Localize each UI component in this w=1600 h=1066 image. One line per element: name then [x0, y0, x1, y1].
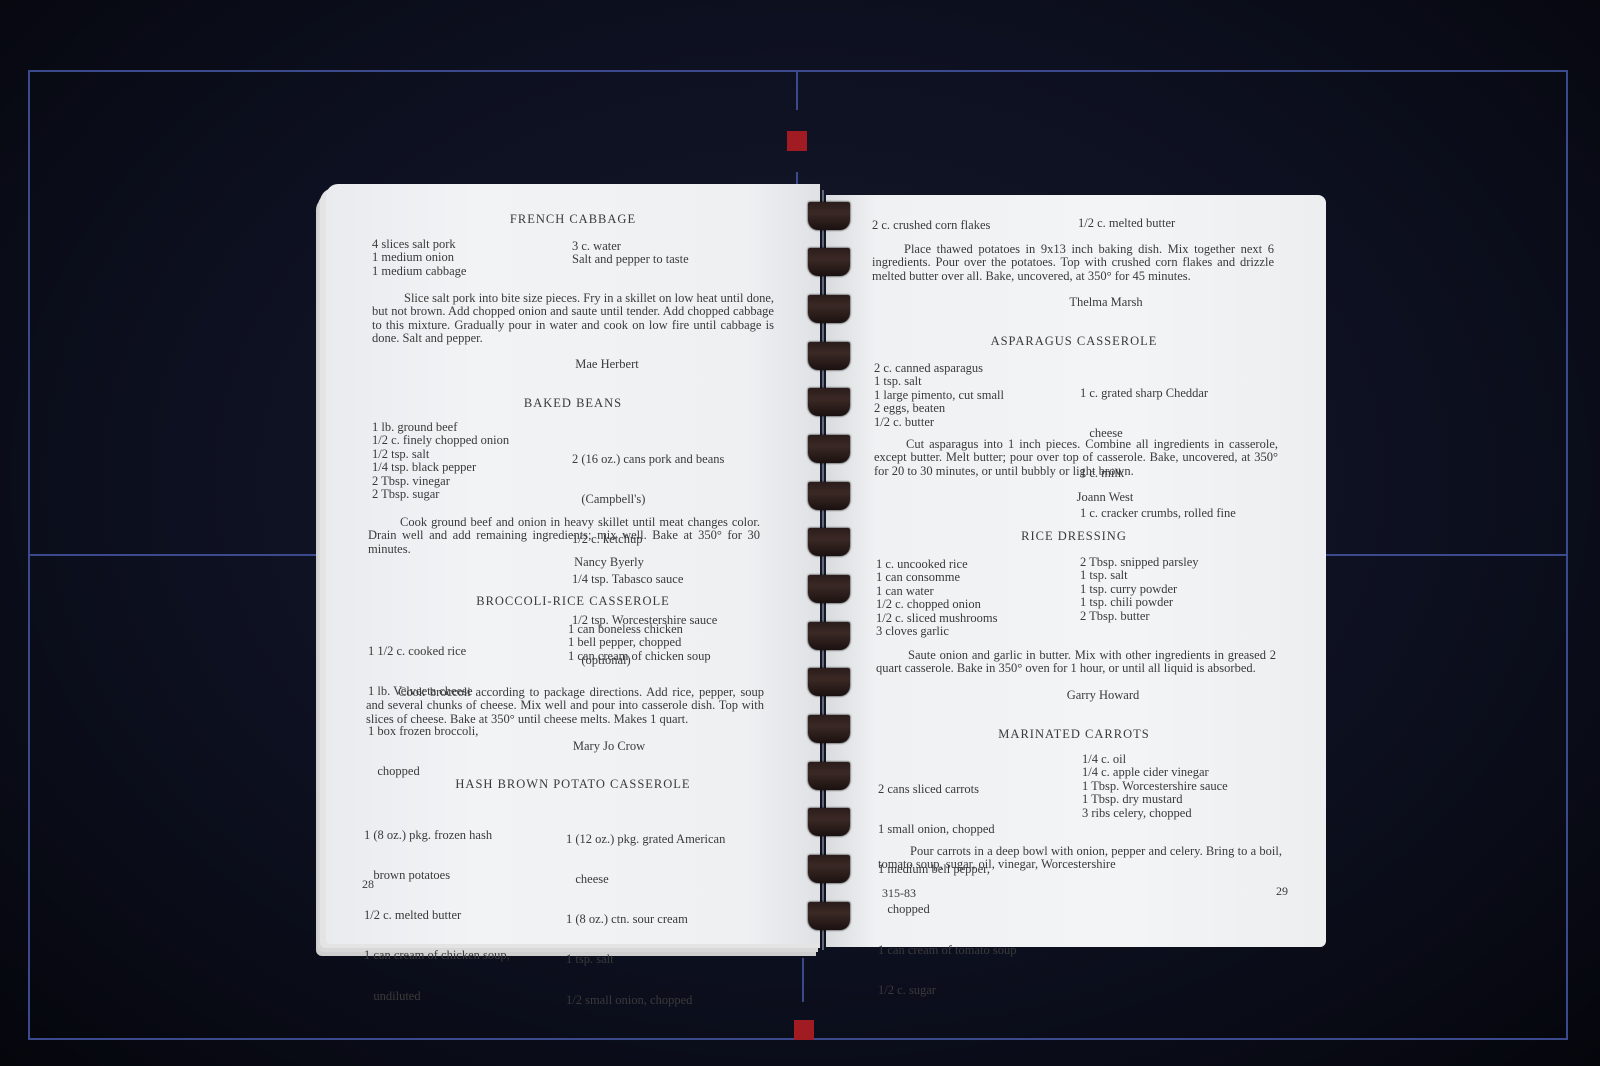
ingredient: 1 (8 oz.) pkg. frozen hash [364, 829, 510, 842]
ingredient: 1 tsp. chili powder [1080, 596, 1199, 609]
ingredient: cheese [566, 873, 725, 886]
ingredient: 1/2 c. sugar [878, 984, 1017, 997]
binding-coil [808, 482, 850, 510]
recipe-title: BAKED BEANS [326, 397, 820, 410]
ingredients-right: 1/4 c. oil 1/4 c. apple cider vinegar 1 … [1082, 753, 1228, 820]
recipe-title: HASH BROWN POTATO CASSEROLE [326, 778, 820, 791]
ingredient: 1/2 c. melted butter [364, 909, 510, 922]
ingredients-left: 2 c. crushed corn flakes [872, 219, 990, 232]
ingredient: 2 (16 oz.) cans pork and beans [572, 453, 724, 466]
recipe-title: MARINATED CARROTS [826, 728, 1322, 741]
ingredient: 1 can cream of chicken soup, [364, 949, 510, 962]
ingredient: 1 can boneless chicken [568, 623, 711, 636]
ingredient: 1 bell pepper, chopped [568, 636, 711, 649]
ingredient: 1 tsp. salt [566, 953, 725, 966]
binding-coil [808, 388, 850, 416]
binding-coil [808, 528, 850, 556]
ingredient: 1 can consomme [876, 571, 998, 584]
ingredient: 2 Tbsp. vinegar [372, 475, 509, 488]
directions: Cook ground beef and onion in heavy skil… [368, 516, 760, 556]
right-page: 2 c. crushed corn flakes 1/2 c. melted b… [826, 195, 1326, 947]
ingredient: Salt and pepper to taste [572, 253, 689, 266]
ingredient: 1/4 tsp. black pepper [372, 461, 509, 474]
ingredients-right: 1 (12 oz.) pkg. grated American cheese 1… [566, 806, 725, 1034]
ingredient: chopped [878, 903, 1017, 916]
ingredient: 1 Tbsp. dry mustard [1082, 793, 1228, 806]
ingredient: 1 lb. ground beef [372, 421, 509, 434]
ingredient: 1/2 c. butter [874, 416, 1004, 429]
ingredient: 2 Tbsp. sugar [372, 488, 509, 501]
binding-coil [808, 855, 850, 883]
footer-code: 315-83 [882, 887, 916, 900]
binding-coil [808, 622, 850, 650]
ingredient: 1 box frozen broccoli, [368, 725, 478, 738]
ingredient: 1 tsp. curry powder [1080, 583, 1199, 596]
author: Mary Jo Crow [534, 740, 684, 753]
ingredient: (Campbell's) [572, 493, 724, 506]
binding-coil [808, 248, 850, 276]
ingredient: undiluted [364, 990, 510, 1003]
ingredient: 2 eggs, beaten [874, 402, 1004, 415]
binding-coil [808, 435, 850, 463]
binding-coil [808, 342, 850, 370]
author: Mae Herbert [532, 358, 682, 371]
crosshair-line-bottom [802, 958, 804, 1002]
ingredient: 1 1/2 c. cooked rice [368, 645, 478, 658]
ingredient: 1/4 c. oil [1082, 753, 1228, 766]
ingredients-right: 1 can boneless chicken 1 bell pepper, ch… [568, 623, 711, 663]
crosshair-line-right [1325, 554, 1568, 556]
ingredients-left: 1 lb. ground beef 1/2 c. finely chopped … [372, 421, 509, 501]
ingredient: 3 ribs celery, chopped [1082, 807, 1228, 820]
crosshair-line-top [796, 70, 798, 110]
ingredient: 1 (8 oz.) ctn. sour cream [566, 913, 725, 926]
ingredient: 1 (12 oz.) pkg. grated American [566, 833, 725, 846]
ingredients-left: 1 (8 oz.) pkg. frozen hash brown potatoe… [364, 802, 510, 1030]
binding-coil [808, 575, 850, 603]
directions: Cut asparagus into 1 inch pieces. Combin… [874, 438, 1278, 478]
ingredients-left: 1 c. uncooked rice 1 can consomme 1 can … [876, 558, 998, 638]
ingredient: 1/2 small onion, chopped [566, 994, 725, 1007]
ingredients-right: 3 c. water Salt and pepper to taste [572, 240, 689, 267]
ingredient: 3 cloves garlic [876, 625, 998, 638]
ingredient: 1 can cream of chicken soup [568, 650, 711, 663]
page-number: 29 [1276, 885, 1288, 898]
ingredients-left: 2 c. canned asparagus 1 tsp. salt 1 larg… [874, 362, 1004, 429]
ingredient: 1 Tbsp. Worcestershire sauce [1082, 780, 1228, 793]
ingredient: 1/2 c. finely chopped onion [372, 434, 509, 447]
ingredient: 1 tsp. salt [1080, 569, 1199, 582]
ingredient: 2 c. canned asparagus [874, 362, 1004, 375]
ingredient: 1/2 c. sliced mushrooms [876, 612, 998, 625]
binding-coil [808, 715, 850, 743]
author: Joann West [1030, 491, 1180, 504]
ingredient: 1 can cream of tomato soup [878, 944, 1017, 957]
registration-marker-top [787, 131, 807, 151]
ingredient: 2 cans sliced carrots [878, 783, 1017, 796]
directions: Saute onion and garlic in butter. Mix wi… [876, 649, 1276, 676]
binding-coil [808, 808, 850, 836]
directions: Pour carrots in a deep bowl with onion, … [878, 845, 1282, 872]
ingredient: brown potatoes [364, 869, 510, 882]
binding-coil [808, 202, 850, 230]
left-page: FRENCH CABBAGE 4 slices salt pork 1 medi… [326, 184, 820, 944]
recipe-title: FRENCH CABBAGE [326, 213, 820, 226]
binding-coil [808, 902, 850, 930]
ingredient: 1 c. uncooked rice [876, 558, 998, 571]
ingredient: 1 medium cabbage [372, 265, 466, 278]
ingredients-left: 4 slices salt pork 1 medium onion 1 medi… [372, 238, 466, 278]
binding-coil [808, 295, 850, 323]
directions: Cook broccoli according to package direc… [366, 686, 764, 726]
binding-coil [808, 668, 850, 696]
recipe-title: RICE DRESSING [826, 530, 1322, 543]
recipe-title: ASPARAGUS CASSEROLE [826, 335, 1322, 348]
author: Thelma Marsh [1026, 296, 1186, 309]
ingredients-right: 2 Tbsp. snipped parsley 1 tsp. salt 1 ts… [1080, 556, 1199, 623]
directions: Place thawed potatoes in 9x13 inch bakin… [872, 243, 1274, 283]
ingredient: 4 slices salt pork [372, 238, 466, 251]
ingredient: 1 c. grated sharp Cheddar [1080, 387, 1236, 400]
ingredient: 1/2 tsp. salt [372, 448, 509, 461]
ingredient: 1 small onion, chopped [878, 823, 1017, 836]
ingredient: 3 c. water [572, 240, 689, 253]
ingredient: 1 medium onion [372, 251, 466, 264]
ingredient: 1/4 c. apple cider vinegar [1082, 766, 1228, 779]
ingredient: 2 Tbsp. butter [1080, 610, 1199, 623]
author: Nancy Byerly [534, 556, 684, 569]
ingredient: 1 large pimento, cut small [874, 389, 1004, 402]
ingredient: 2 Tbsp. snipped parsley [1080, 556, 1199, 569]
ingredient: 1 c. cracker crumbs, rolled fine [1080, 507, 1236, 520]
binding-coil [808, 762, 850, 790]
recipe-title: BROCCOLI-RICE CASSEROLE [326, 595, 820, 608]
ingredients-right: 1/2 c. melted butter [1078, 217, 1175, 230]
ingredient: 1 tsp. salt [874, 375, 1004, 388]
crosshair-line-left [28, 554, 328, 556]
registration-marker-bottom [794, 1020, 814, 1040]
ingredient: 1/4 tsp. Tabasco sauce [572, 573, 724, 586]
ingredient: 1 can water [876, 585, 998, 598]
directions: Slice salt pork into bite size pieces. F… [372, 292, 774, 346]
ingredient: 1/2 c. chopped onion [876, 598, 998, 611]
page-number: 28 [362, 878, 374, 891]
author: Garry Howard [1028, 689, 1178, 702]
